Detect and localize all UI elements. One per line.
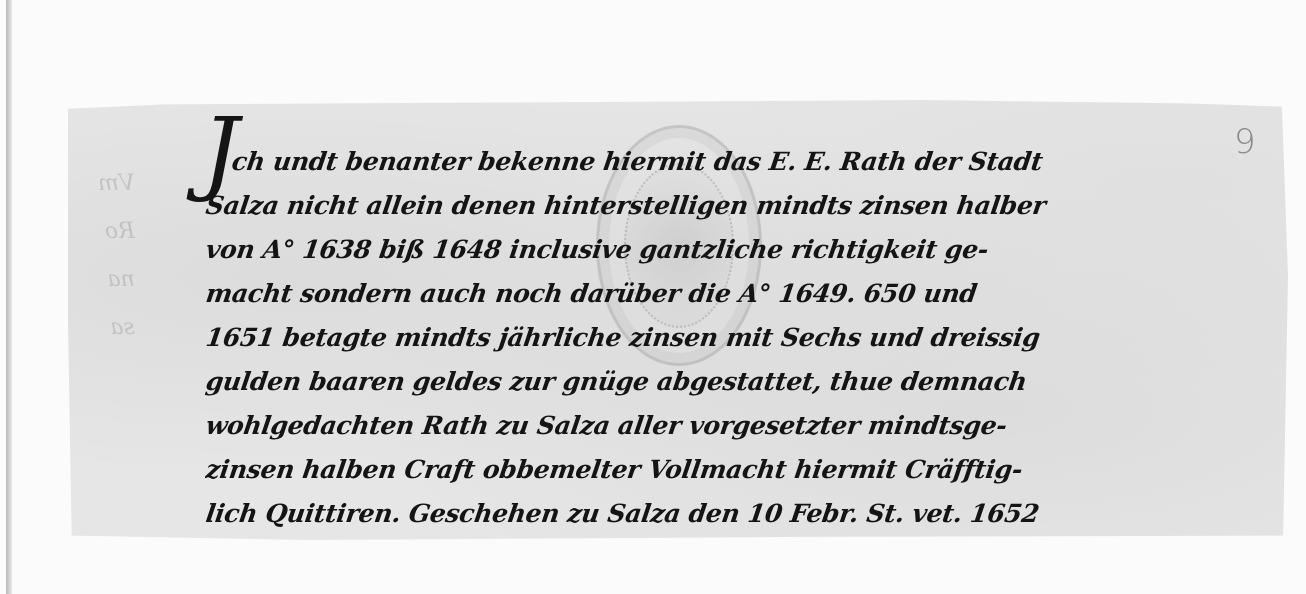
- bleed-through-text: Vm Ro na sa: [98, 160, 135, 352]
- text-line-1: ch undt benanter bekenne hiermit das E. …: [203, 140, 1259, 184]
- text-line-6: gulden baaren geldes zur gnüge abgestatt…: [203, 360, 1259, 404]
- scanner-edge-strip: [6, 0, 12, 594]
- text-line-3: von A° 1638 biß 1648 inclusive gantzlich…: [203, 228, 1259, 272]
- text-line-4: macht sondern auch noch darüber die A° 1…: [203, 272, 1259, 316]
- text-line-7: wohlgedachten Rath zu Salza aller vorges…: [203, 404, 1259, 448]
- scan-canvas: Vm Ro na sa 9 J ch undt benanter bekenne…: [6, 0, 1306, 594]
- text-line-8: zinsen halben Craft obbemelter Vollmacht…: [203, 448, 1259, 492]
- text-line-9: lich Quittiren. Geschehen zu Salza den 1…: [203, 492, 1259, 536]
- text-line-5: 1651 betagte mindts jährliche zinsen mit…: [203, 316, 1259, 360]
- text-line-2: Salza nicht allein denen hinterstelligen…: [203, 184, 1259, 228]
- handwritten-text-body: ch undt benanter bekenne hiermit das E. …: [206, 140, 1256, 536]
